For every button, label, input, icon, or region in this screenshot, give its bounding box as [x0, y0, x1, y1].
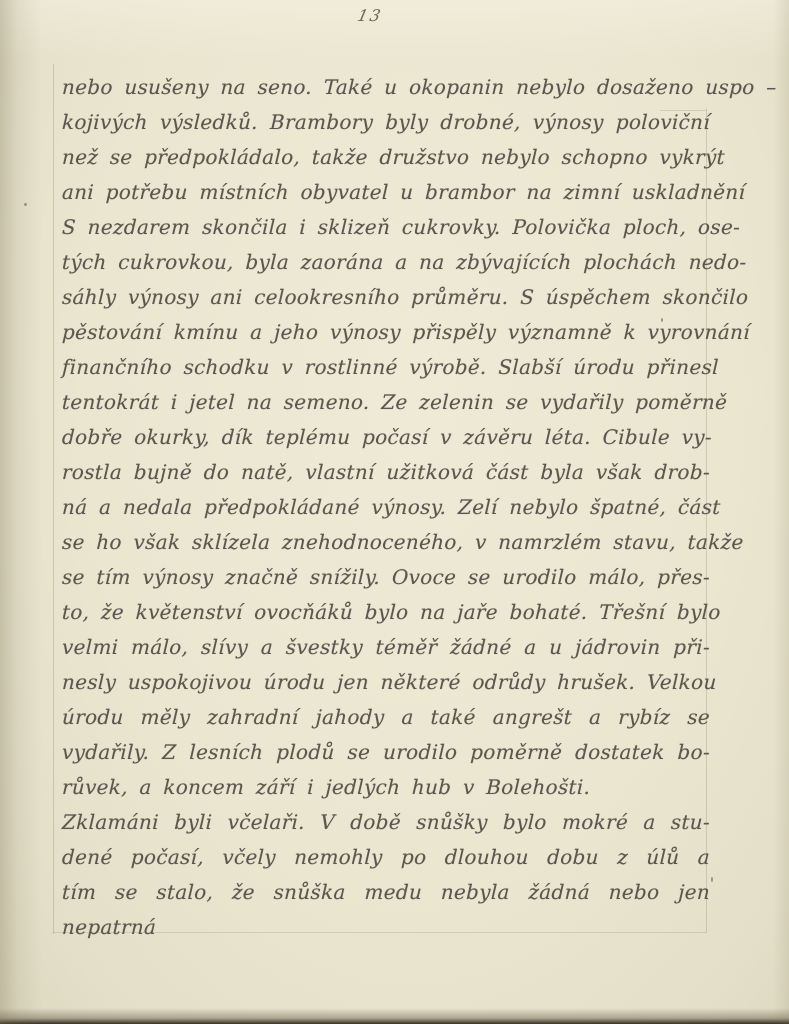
handwritten-line: se tím výnosy značně snížily. Ovoce se u…	[61, 560, 710, 595]
ink-speck	[711, 877, 713, 882]
handwritten-line: to, že květenství ovocňáků bylo na jaře …	[61, 595, 710, 630]
handwritten-line: Zklamáni byli včelaři. V době snůšky byl…	[61, 805, 710, 840]
handwritten-line: ná a nedala předpokládané výnosy. Zelí n…	[61, 490, 710, 525]
handwritten-line: vydařily. Z lesních plodů se urodilo pom…	[61, 735, 710, 770]
handwritten-line: tých cukrovkou, byla zaorána a na zbývaj…	[61, 245, 710, 280]
handwritten-line: kojivých výsledků. Brambory byly drobné,…	[61, 105, 710, 140]
ink-speck	[24, 203, 27, 206]
handwritten-line: se ho však sklízela znehodnoceného, v na…	[61, 525, 710, 560]
handwritten-line: než se předpokládalo, takže družstvo neb…	[61, 140, 710, 175]
handwritten-line: dené počasí, včely nemohly po dlouhou do…	[61, 840, 710, 875]
handwritten-line: růvek, a koncem září i jedlých hub v Bol…	[61, 770, 710, 805]
handwritten-line: nesly uspokojivou úrodu jen některé odrů…	[61, 665, 710, 700]
handwritten-line: pěstování kmínu a jeho výnosy přispěly v…	[61, 315, 710, 350]
handwritten-line: finančního schodku v rostlinné výrobě. S…	[61, 350, 710, 385]
handwritten-line: tím se stalo, že snůška medu nebyla žádn…	[61, 875, 710, 910]
handwritten-line: S nezdarem skončila i sklizeň cukrovky. …	[61, 210, 710, 245]
handwritten-line: nepatrná	[61, 910, 710, 945]
handwritten-line: dobře okurky, dík teplému počasí v závěr…	[61, 420, 710, 455]
handwritten-line: tentokrát i jetel na semeno. Ze zelenin …	[61, 385, 710, 420]
page-number: 13	[328, 6, 412, 25]
margin-line-left	[53, 64, 54, 934]
handwritten-line: nebo usušeny na seno. Také u okopanin ne…	[61, 70, 710, 105]
manuscript-page: 13 nebo usušeny na seno. Také u okopanin…	[0, 0, 789, 1024]
handwritten-line: úrodu měly zahradní jahody a také angreš…	[61, 700, 710, 735]
handwritten-line: velmi málo, slívy a švestky téměř žádné …	[61, 630, 710, 665]
handwritten-line: sáhly výnosy ani celookresního průměru. …	[61, 280, 710, 315]
handwritten-text-block: nebo usušeny na seno. Také u okopanin ne…	[62, 70, 710, 945]
handwritten-line: ani potřebu místních obyvatel u brambor …	[61, 175, 710, 210]
handwritten-line: rostla bujně do natě, vlastní užitková č…	[61, 455, 710, 490]
